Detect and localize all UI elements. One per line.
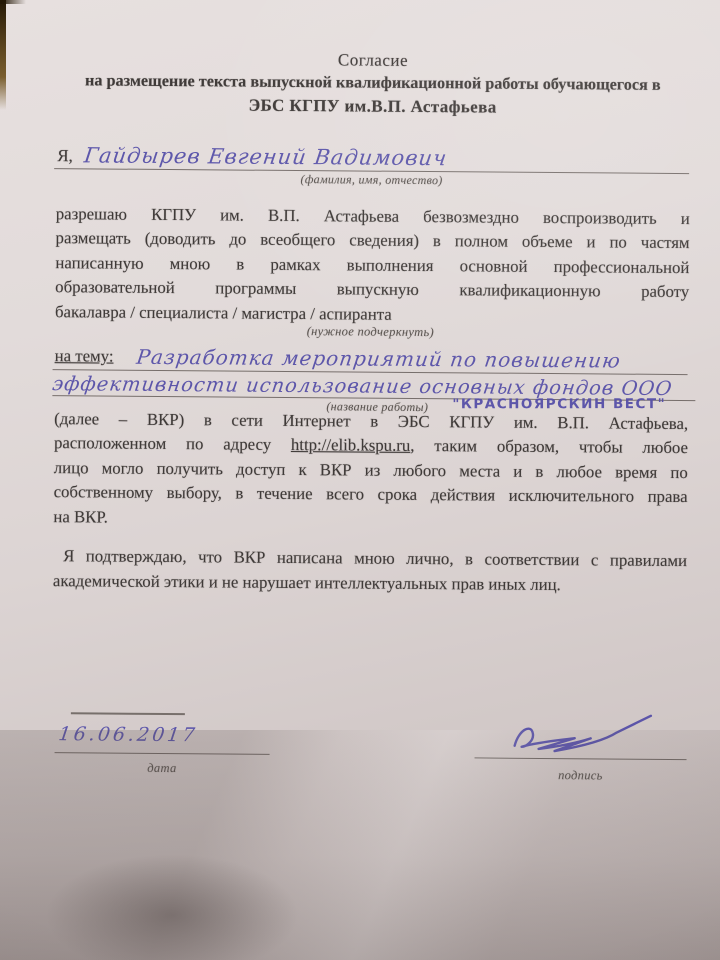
signature-scribble xyxy=(507,710,657,763)
paragraph-line: академической этики и не нарушает интелл… xyxy=(53,568,687,598)
paragraph-line: на ВКР. xyxy=(53,505,687,534)
link-suffix-text: , таким образом, чтобы любое xyxy=(410,436,688,457)
handwritten-topic-line-1: Разработка мероприятий по повышению xyxy=(135,345,622,373)
document-photo: Согласие на размещение текста выпускной … xyxy=(0,0,720,960)
permission-paragraph: разрешаю КГПУ им. В.П. Астафьева безвозм… xyxy=(55,202,690,329)
date-underline xyxy=(55,752,270,755)
confirmation-paragraph: Я подтверждаю, что ВКР написана мною лич… xyxy=(53,543,687,598)
access-paragraph: (далее – ВКР) в сети Интернет в ЭБС КГПУ… xyxy=(53,407,688,534)
topic-label: на тему: xyxy=(55,346,114,366)
document-title: Согласие на размещение текста выпускной … xyxy=(55,46,692,120)
stray-pen-line xyxy=(71,712,185,715)
elib-url: http://elib.kspu.ru xyxy=(291,435,410,455)
declarant-prefix: Я, xyxy=(57,146,73,166)
handwritten-name: Гайдырев Евгений Вадимович xyxy=(83,143,449,170)
link-prefix-text: расположенном по адресу xyxy=(54,434,271,455)
signature-caption: подпись xyxy=(474,767,686,784)
handwritten-date: 16.06.2017 xyxy=(57,723,199,746)
declarant-name-row: Я, Гайдырев Евгений Вадимович xyxy=(54,138,689,174)
paragraph-line: собственному выбору, в течение всего сро… xyxy=(54,480,688,509)
paper-sheet: Согласие на размещение текста выпускной … xyxy=(0,0,720,960)
date-caption: дата xyxy=(54,760,269,777)
